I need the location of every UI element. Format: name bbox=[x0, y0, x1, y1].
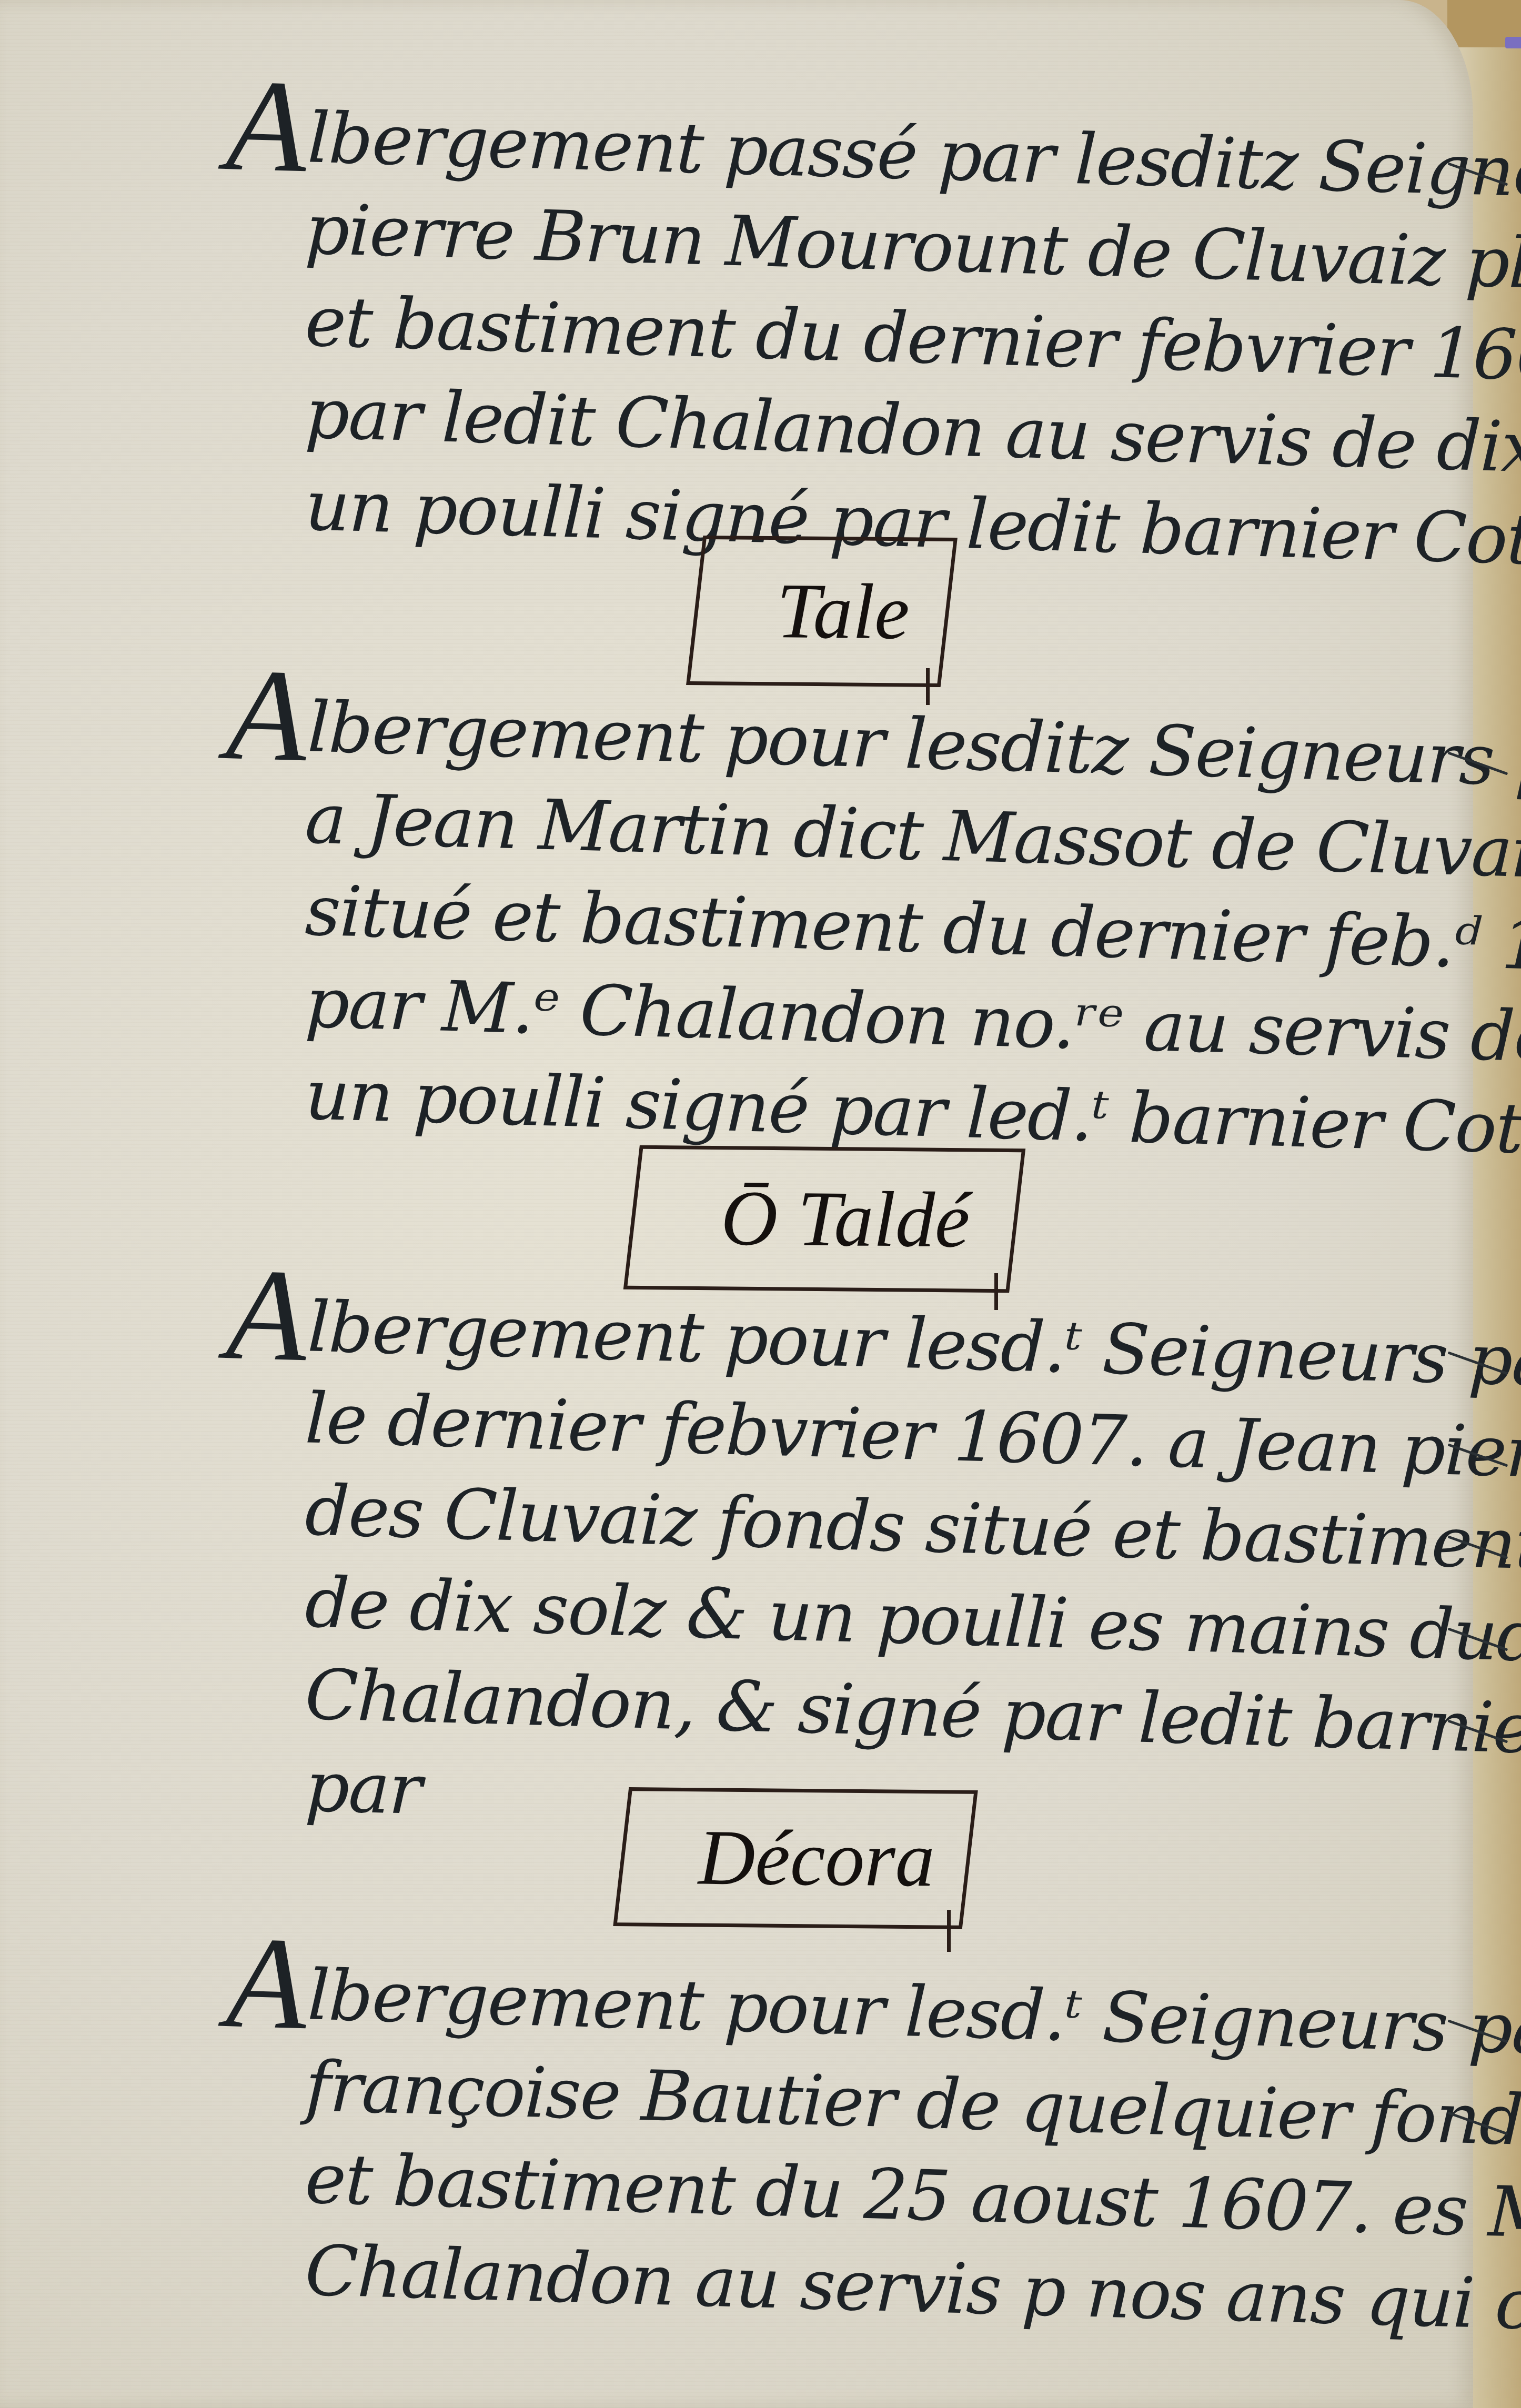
marginal-label: Ō Taldé bbox=[679, 1173, 971, 1266]
initial-capital: A bbox=[225, 52, 308, 200]
bookmark-ribbon bbox=[1505, 37, 1521, 48]
initial-capital: A bbox=[225, 641, 308, 789]
marginal-label: Tale bbox=[734, 565, 910, 657]
marginal-label-box: Tale bbox=[686, 536, 958, 687]
entry-2: Albergement pour lesditz Seigneurs passé… bbox=[226, 679, 1447, 1139]
marginal-label-box: Ō Taldé bbox=[623, 1145, 1025, 1293]
initial-capital: A bbox=[225, 1241, 308, 1389]
marginal-label: Décora bbox=[656, 1812, 935, 1905]
initial-capital: A bbox=[225, 1909, 308, 2057]
entry-3: Albergement pour lesd.ᵗ Seigneurs passé … bbox=[226, 1278, 1447, 1831]
marginal-label-box: Décora bbox=[613, 1787, 978, 1929]
entry-1: Albergement passé par lesditz Seigneurs … bbox=[226, 89, 1447, 550]
box-tail-stroke bbox=[947, 1910, 951, 1952]
entry-4: Albergement pour lesd.ᵗ Seigneurs passé … bbox=[226, 1947, 1447, 2315]
manuscript-page: Albergement passé par lesditz Seigneurs … bbox=[0, 0, 1473, 2408]
